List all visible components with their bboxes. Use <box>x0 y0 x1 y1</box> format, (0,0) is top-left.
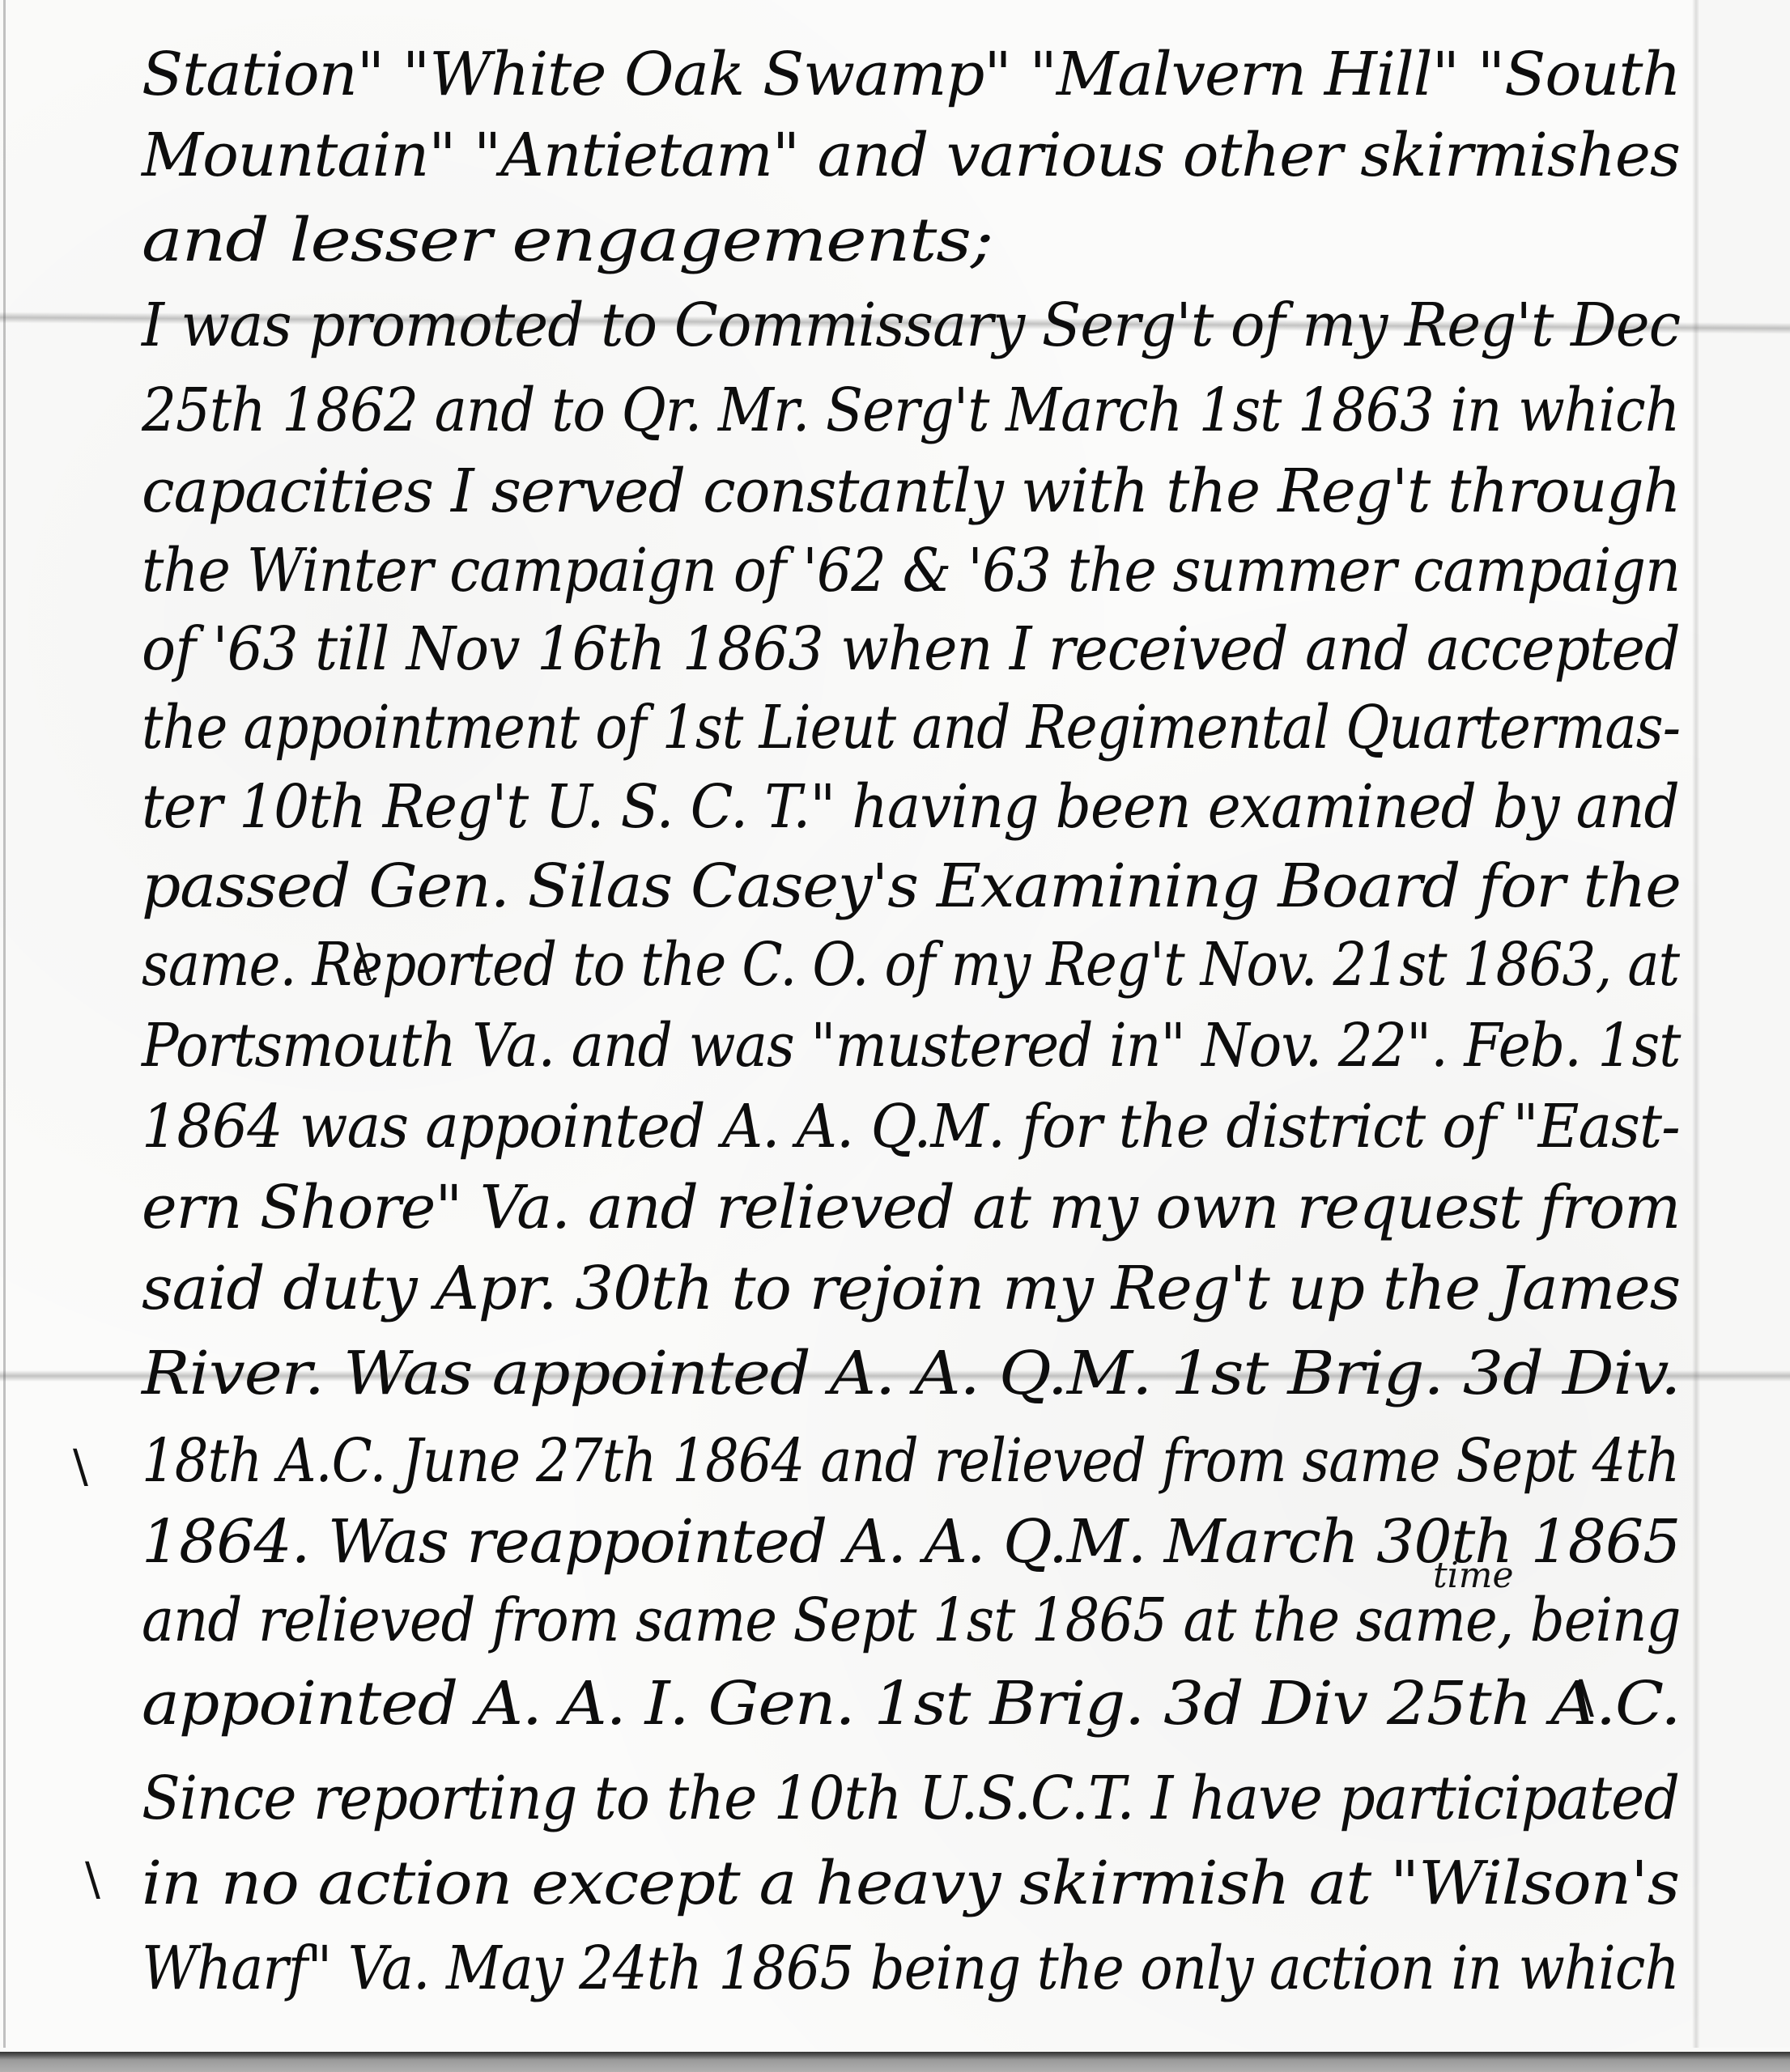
manuscript-line-13: Portsmouth Va. and was "mustered in" Nov… <box>142 1016 1681 1076</box>
interlinear-insertion-time: time <box>1433 1558 1514 1594</box>
manuscript-line-22: Since reporting to the 10th U.S.C.T. I h… <box>142 1768 1679 1828</box>
manuscript-line-11: passed Gen. Silas Casey's Examining Boar… <box>142 856 1681 916</box>
manuscript-line-9: the appointment of 1st Lieut and Regimen… <box>142 698 1680 758</box>
manuscript-page: Station" "White Oak Swamp" "Malvern Hill… <box>0 0 1790 2072</box>
manuscript-line-17: River. Was appointed A. A. Q.M. 1st Brig… <box>142 1344 1680 1403</box>
margin-tick-mark: \ <box>85 1858 100 1903</box>
manuscript-line-4: I was promoted to Commissary Serg't of m… <box>142 295 1680 355</box>
manuscript-line-20: and relieved from same Sept 1st 1865 at … <box>142 1590 1681 1650</box>
manuscript-line-2: Mountain" "Antietam" and various other s… <box>142 125 1680 185</box>
manuscript-line-24: Wharf" Va. May 24th 1865 being the only … <box>142 1938 1679 1998</box>
manuscript-line-10: ter 10th Reg't U. S. C. T." having been … <box>142 777 1679 837</box>
scanner-bottom-edge <box>0 2052 1790 2072</box>
margin-tick-mark: \ <box>356 939 372 984</box>
manuscript-line-18: 18th A.C. June 27th 1864 and relieved fr… <box>142 1431 1679 1491</box>
manuscript-line-6: capacities I served constantly with the … <box>142 461 1680 521</box>
paper-right-margin <box>1700 0 1790 2048</box>
manuscript-line-15: ern Shore" Va. and relieved at my own re… <box>142 1178 1680 1238</box>
manuscript-line-12: same. Reported to the C. O. of my Reg't … <box>142 935 1679 995</box>
manuscript-line-5: 25th 1862 and to Qr. Mr. Serg't March 1s… <box>142 380 1679 440</box>
manuscript-line-8: of '63 till Nov 16th 1863 when I receive… <box>142 619 1680 679</box>
margin-tick-mark: \ <box>73 1445 88 1490</box>
manuscript-line-14: 1864 was appointed A. A. Q.M. for the di… <box>142 1097 1680 1157</box>
manuscript-line-21: appointed A. A. I. Gen. 1st Brig. 3d Div… <box>142 1674 1680 1734</box>
manuscript-line-7: the Winter campaign of '62 & '63 the sum… <box>142 541 1680 601</box>
paper-right-fold <box>1692 0 1700 2048</box>
manuscript-line-23: in no action except a heavy skirmish at … <box>142 1853 1679 1913</box>
margin-tick-mark: \ <box>1579 1675 1594 1721</box>
manuscript-line-1: Station" "White Oak Swamp" "Malvern Hill… <box>142 45 1681 104</box>
paper-left-edge <box>3 0 6 2048</box>
manuscript-line-16: said duty Apr. 30th to rejoin my Reg't u… <box>142 1259 1680 1318</box>
manuscript-line-3: and lesser engagements; <box>142 210 993 270</box>
